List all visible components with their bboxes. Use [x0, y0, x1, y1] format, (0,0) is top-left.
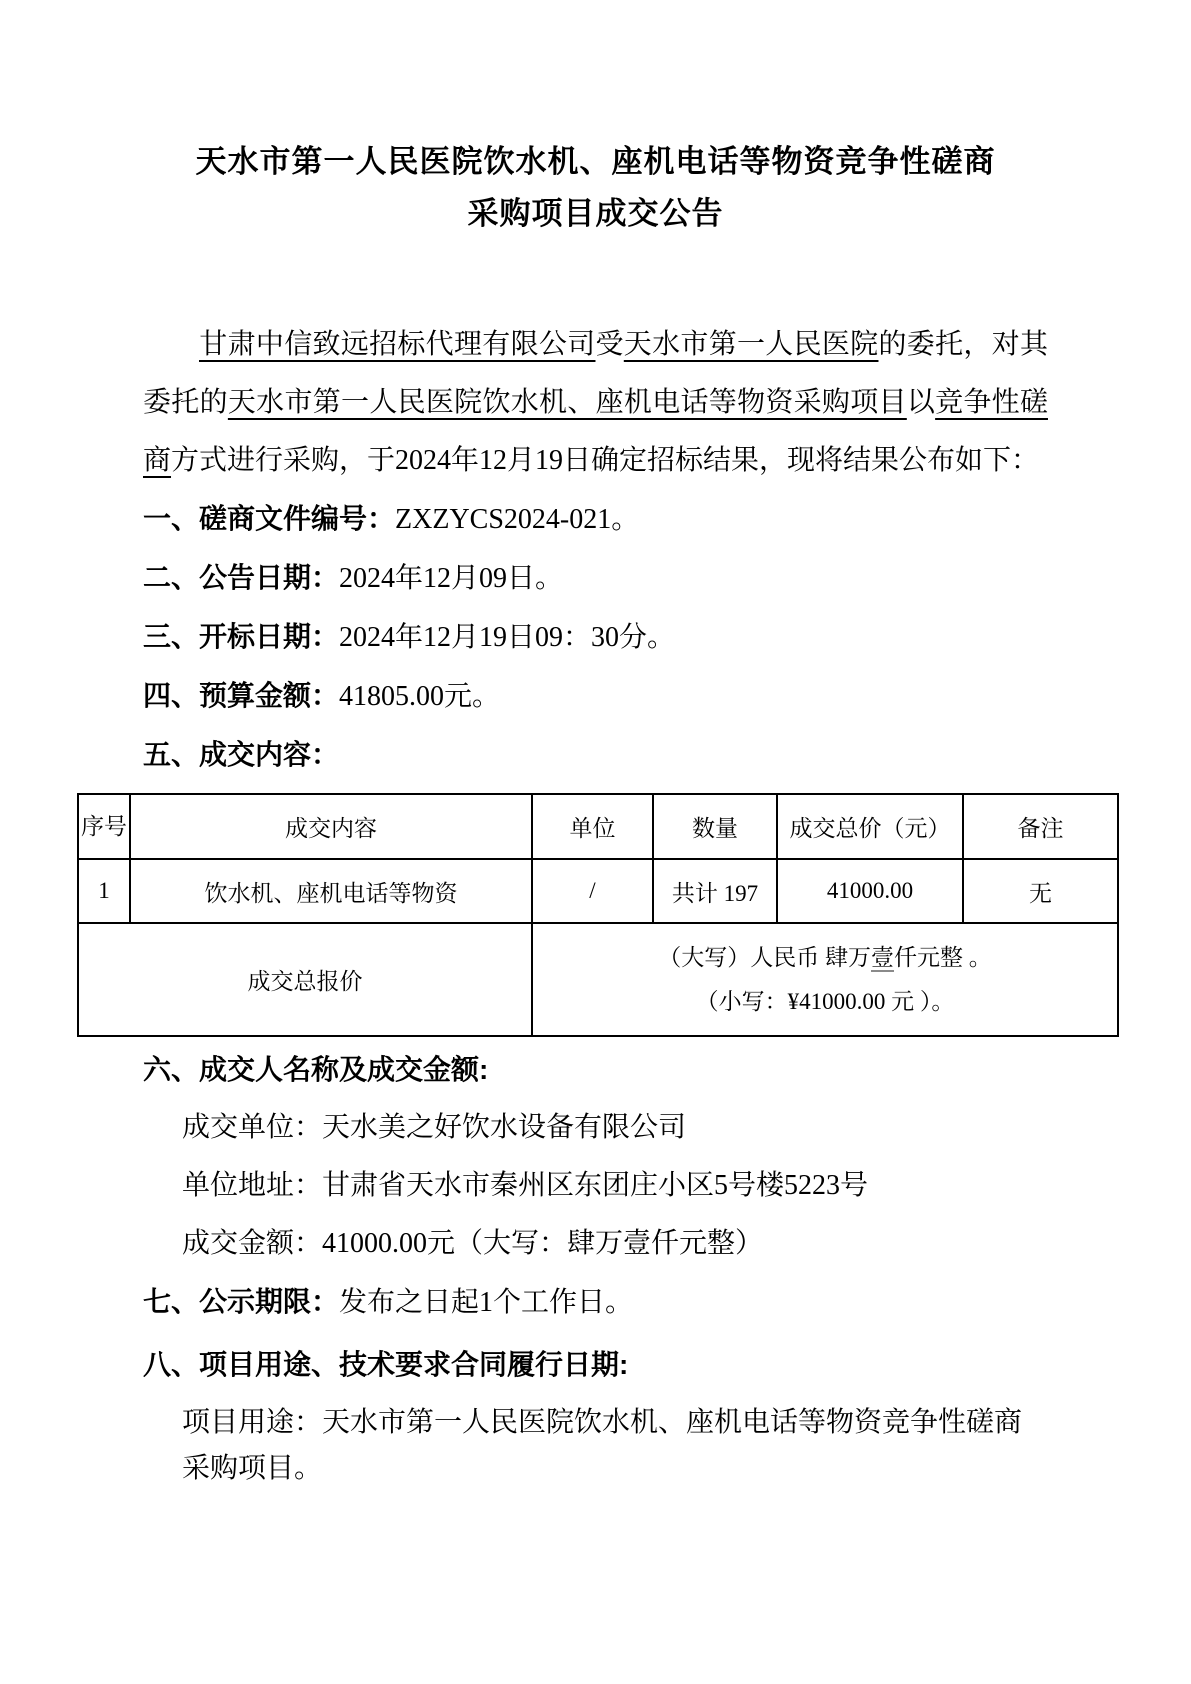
summary-amount-words: （大写）人民币 肆万壹仟元整 。 — [535, 936, 1115, 980]
header-deal-content: 成交内容 — [130, 794, 532, 859]
item-label: 五、成交内容： — [143, 739, 339, 770]
cell-remarks: 无 — [963, 859, 1118, 923]
item-value: 41805.00元。 — [339, 681, 500, 712]
item-value: ZXZYCS2024-021。 — [395, 504, 639, 535]
intro-text: 以 — [907, 387, 935, 418]
item-label: 一、磋商文件编号： — [143, 503, 395, 534]
item-deal-content: 五、成交内容： — [143, 726, 1048, 785]
cell-deal-content: 饮水机、座机电话等物资 — [130, 859, 532, 923]
intro-line-2: 委托的天水市第一人民医院饮水机、座机电话等物资采购项目以竞争性磋 — [143, 374, 1048, 432]
purpose-line-1: 项目用途：天水市第一人民医院饮水机、座机电话等物资竞争性磋商 — [143, 1400, 1048, 1446]
summary-amount-figures: （小写：¥41000.00 元 ）。 — [535, 980, 1115, 1024]
intro-text: 委托的 — [143, 387, 228, 418]
summary-amounts-cell: （大写）人民币 肆万壹仟元整 。 （小写：¥41000.00 元 ）。 — [532, 923, 1118, 1036]
cell-unit: / — [532, 859, 653, 923]
procurement-method: 竞争性磋 — [935, 387, 1048, 418]
header-serial-number: 序号 — [78, 794, 130, 859]
section-winner: 六、成交人名称及成交金额: 成交单位：天水美之好饮水设备有限公司 单位地址：甘肃… — [143, 1041, 1048, 1273]
document-title: 天水市第一人民医院饮水机、座机电话等物资竞争性磋商 采购项目成交公告 — [143, 136, 1048, 240]
header-total-price: 成交总价（元） — [777, 794, 963, 859]
project-name: 天水市第一人民医院饮水机、座机电话等物资采购项目 — [228, 387, 907, 418]
purpose-paragraph: 项目用途：天水市第一人民医院饮水机、座机电话等物资竞争性磋商 采购项目。 — [143, 1400, 1048, 1492]
item-document-number: 一、磋商文件编号：ZXZYCS2024-021。 — [143, 490, 1048, 549]
item-value: 发布之日起1个工作日。 — [339, 1287, 633, 1318]
section-publicity-period: 七、公示期限：发布之日起1个工作日。 — [143, 1273, 1048, 1332]
purchaser-name: 天水市第一人民医院 — [624, 329, 879, 360]
table-row: 1 饮水机、座机电话等物资 / 共计 197 41000.00 无 — [78, 859, 1118, 923]
item-label: 三、开标日期： — [143, 621, 339, 652]
winner-amount: 成交金额：41000.00元（大写：肆万壹仟元整） — [143, 1215, 1048, 1273]
header-quantity: 数量 — [653, 794, 777, 859]
deal-table: 序号 成交内容 单位 数量 成交总价（元） 备注 1 饮水机、座机电话等物资 /… — [77, 793, 1119, 1037]
intro-text: 受 — [595, 329, 623, 360]
cell-total-price: 41000.00 — [777, 859, 963, 923]
intro-text: 的委托，对其 — [878, 329, 1048, 360]
procurement-method-cont: 商 — [143, 445, 171, 476]
item-label: 二、公告日期： — [143, 562, 339, 593]
item-value: 2024年12月09日。 — [339, 563, 563, 594]
header-remarks: 备注 — [963, 794, 1118, 859]
section-purpose-heading: 八、项目用途、技术要求合同履行日期: — [143, 1336, 1048, 1394]
section-winner-heading: 六、成交人名称及成交金额: — [143, 1041, 1048, 1099]
table-header-row: 序号 成交内容 单位 数量 成交总价（元） 备注 — [78, 794, 1118, 859]
cell-serial-number: 1 — [78, 859, 130, 923]
summary-label-cell: 成交总报价 — [78, 923, 532, 1036]
item-label: 四、预算金额： — [143, 680, 339, 711]
winner-company: 成交单位：天水美之好饮水设备有限公司 — [143, 1099, 1048, 1157]
item-value: 2024年12月19日09：30分。 — [339, 622, 675, 653]
purpose-line-2: 采购项目。 — [143, 1446, 1048, 1492]
header-unit: 单位 — [532, 794, 653, 859]
document-page: 天水市第一人民医院饮水机、座机电话等物资竞争性磋商 采购项目成交公告 甘肃中信致… — [0, 0, 1191, 1684]
amount-words-text: 仟元整 。 — [894, 945, 992, 970]
agency-name: 甘肃中信致远招标代理有限公司 — [199, 329, 595, 360]
title-line-2: 采购项目成交公告 — [143, 188, 1048, 240]
intro-text: 方式进行采购，于2024年12月19日确定招标结果，现将结果公布如下： — [171, 445, 1039, 476]
cell-quantity: 共计 197 — [653, 859, 777, 923]
section-project-purpose: 八、项目用途、技术要求合同履行日期: 项目用途：天水市第一人民医院饮水机、座机电… — [143, 1336, 1048, 1492]
title-line-1: 天水市第一人民医院饮水机、座机电话等物资竞争性磋商 — [143, 136, 1048, 188]
item-budget-amount: 四、预算金额：41805.00元。 — [143, 667, 1048, 726]
amount-words-text: （大写）人民币 肆万 — [658, 945, 871, 970]
item-label: 七、公示期限： — [143, 1286, 339, 1317]
intro-line-1: 甘肃中信致远招标代理有限公司受天水市第一人民医院的委托，对其 — [143, 316, 1048, 374]
winner-address: 单位地址：甘肃省天水市秦州区东团庄小区5号楼5223号 — [143, 1157, 1048, 1215]
amount-words-underlined: 壹 — [871, 945, 894, 970]
table-summary-row: 成交总报价 （大写）人民币 肆万壹仟元整 。 （小写：¥41000.00 元 ）… — [78, 923, 1118, 1036]
numbered-items: 一、磋商文件编号：ZXZYCS2024-021。 二、公告日期：2024年12月… — [143, 490, 1048, 785]
intro-line-3: 商方式进行采购，于2024年12月19日确定招标结果，现将结果公布如下： — [143, 432, 1048, 490]
intro-paragraph: 甘肃中信致远招标代理有限公司受天水市第一人民医院的委托，对其 委托的天水市第一人… — [143, 316, 1048, 490]
item-announcement-date: 二、公告日期：2024年12月09日。 — [143, 549, 1048, 608]
item-bid-opening-date: 三、开标日期：2024年12月19日09：30分。 — [143, 608, 1048, 667]
